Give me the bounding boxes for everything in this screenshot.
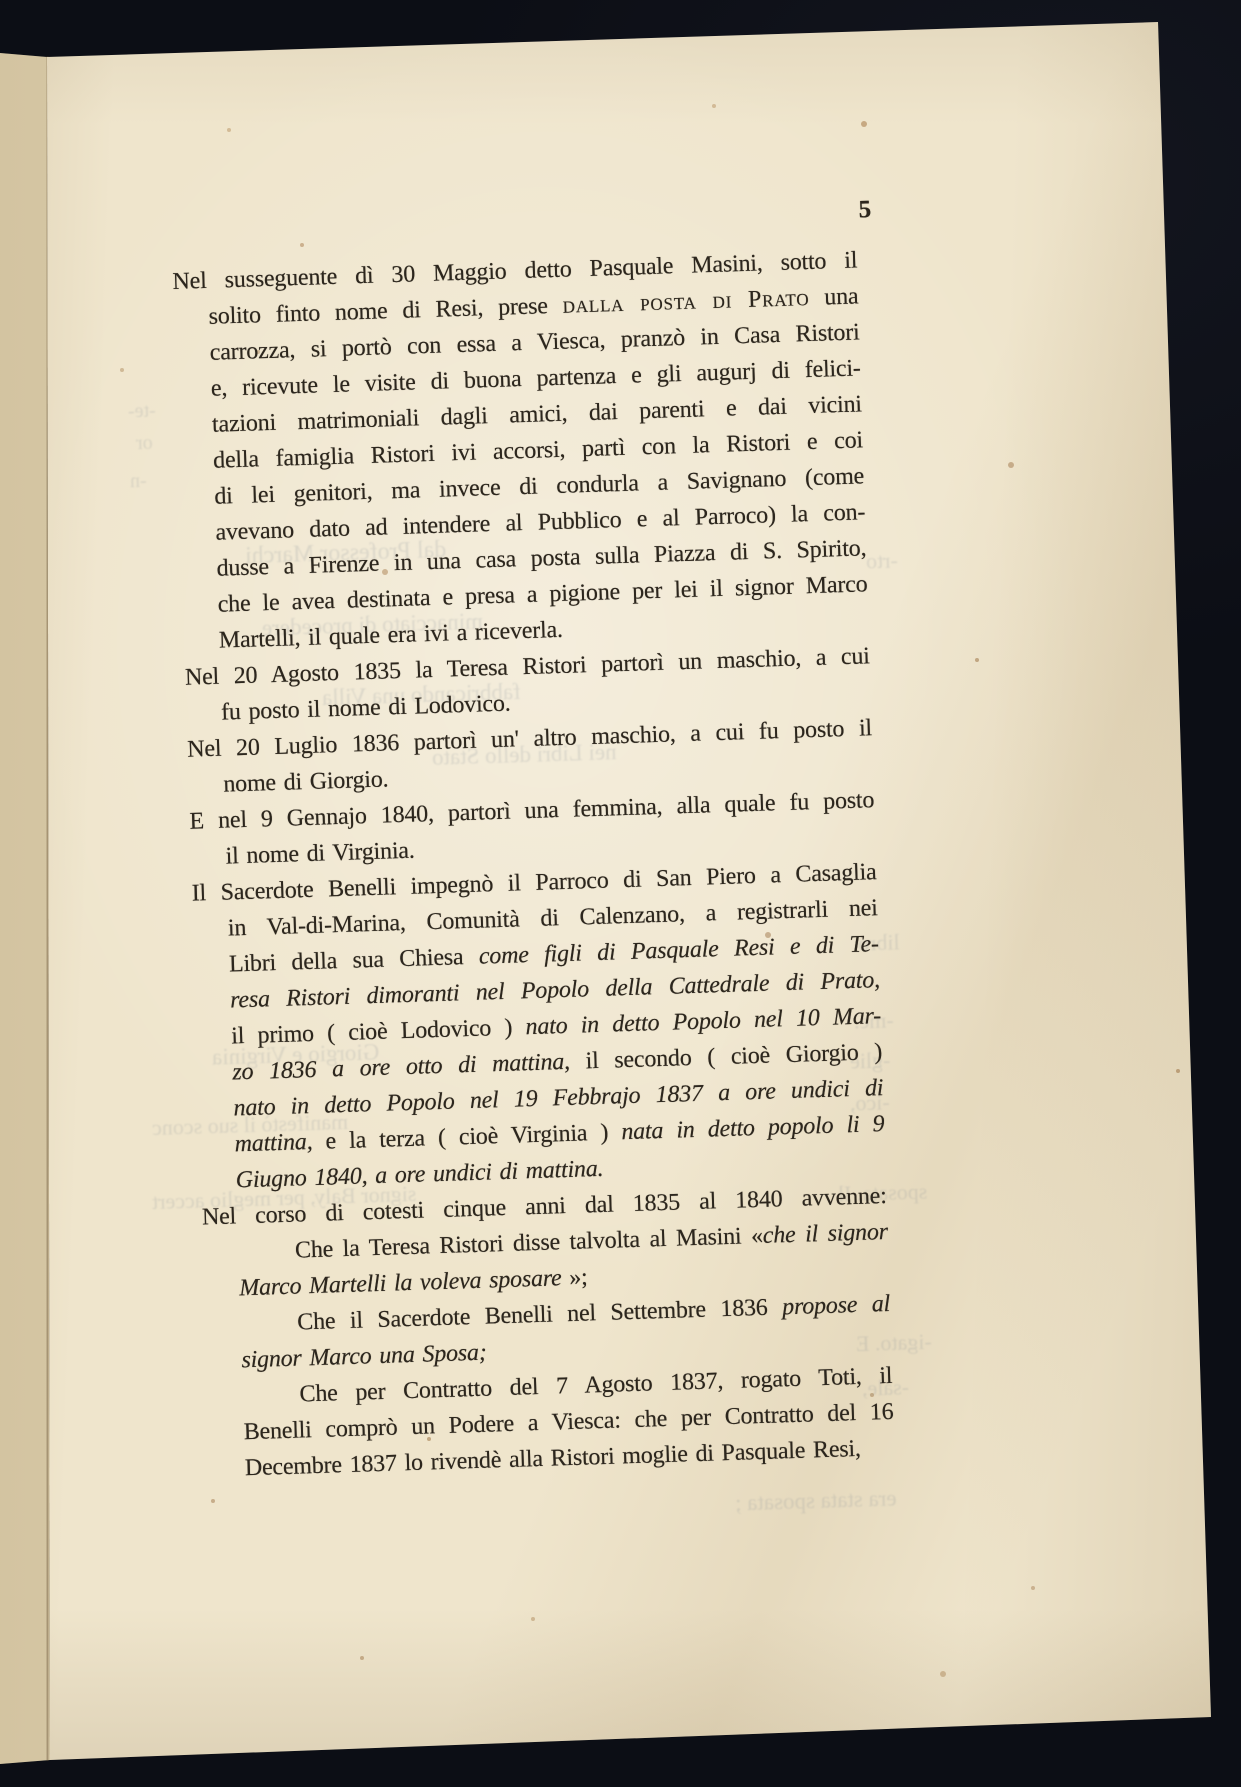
text-segment: zo 1836 a ore otto di mattina, [232, 1049, 570, 1086]
page-text-block: 5 Nel susseguente dì 30 Maggio detto Pas… [170, 177, 931, 1519]
text-segment: propose al [782, 1291, 891, 1320]
text-segment: »; [569, 1264, 588, 1291]
page-number: 5 [858, 196, 872, 224]
text-segment: mattina, [234, 1129, 313, 1157]
text-segment: Martelli, il quale era ivi a riceverla. [218, 617, 563, 654]
text-segment: e la terza ( cioè Virginia ) [312, 1119, 622, 1155]
text-segment: nato in detto Popolo nel 10 Mar- [525, 1003, 881, 1040]
text-segment: solito finto nome di Resi, prese [208, 293, 563, 330]
body-text: Nel susseguente dì 30 Maggio detto Pasqu… [172, 242, 895, 1487]
paper-foxing-specks [0, 0, 4, 4]
text-segment: dalla posta di Prato [562, 285, 810, 319]
text-segment: il primo ( cioè Lodovico ) [231, 1014, 526, 1049]
text-segment: una [809, 283, 859, 311]
text-segment: Libri della sua Chiesa [229, 944, 480, 978]
text-segment: nome di Giorgio. [223, 766, 389, 797]
photo-backdrop: dal Professor Marchiminacciato di proced… [0, 0, 1241, 1787]
text-segment: nata in detto popolo li 9 [621, 1111, 885, 1145]
text-segment: il secondo ( cioè Giorgio ) [569, 1039, 882, 1075]
text-segment: che il signor [762, 1219, 888, 1249]
text-segment: signor Marco una Sposa; [241, 1340, 487, 1374]
text-segment: il nome di Virginia. [225, 838, 415, 870]
text-segment: fu posto il nome di Lodovico. [221, 691, 511, 726]
text-segment: Marco Martelli la voleva sposare [239, 1265, 570, 1301]
